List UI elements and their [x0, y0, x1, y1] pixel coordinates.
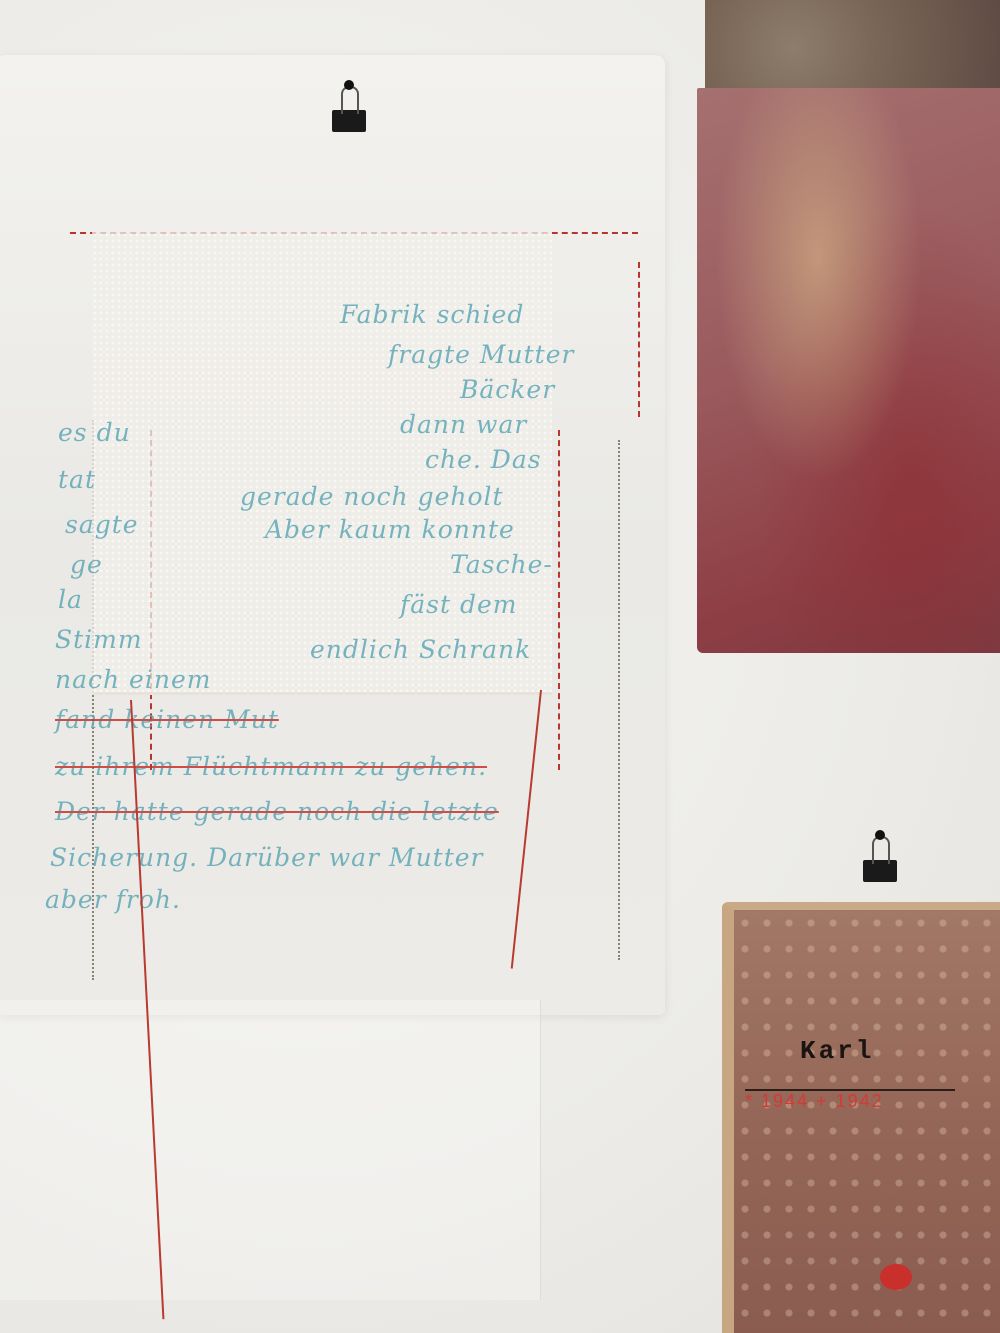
handwriting-fragment: Stimm: [55, 625, 143, 654]
artwork-karl-lace-paper: [722, 902, 1000, 1333]
handwriting-struck-line: Der hatte gerade noch die letzte: [55, 797, 499, 826]
handwriting-fragment: sagte: [65, 510, 139, 539]
binder-clip-icon: [332, 110, 366, 132]
handwriting-line: che. Das: [425, 445, 542, 474]
handwriting-line: Bäcker: [460, 375, 555, 404]
handwriting-line: dann war: [400, 410, 527, 439]
handwriting-line: Fabrik schied: [340, 300, 524, 329]
handwriting-struck-line: zu ihrem Flüchtmann zu gehen.: [55, 752, 487, 781]
handwriting-fragment: nach einem: [55, 665, 211, 694]
handwriting-fragment: tat: [58, 465, 96, 494]
red-wax-mark: [880, 1264, 912, 1290]
handwriting-fragment: ge: [70, 550, 103, 579]
paper-lower-sheet: [0, 1000, 541, 1300]
karl-name-label: Karl: [800, 1036, 874, 1066]
handwriting-struck-line: fand keinen Mut: [55, 705, 279, 734]
handwriting-fragment: es du: [58, 418, 131, 447]
handwriting-fragment: la: [58, 585, 83, 614]
artwork-top-fragment: [705, 0, 1000, 95]
binder-clip-icon: [863, 860, 897, 882]
handwriting-line: Tasche-: [450, 550, 553, 579]
red-stitch-right-lower: [552, 430, 560, 770]
red-stitch-right: [632, 262, 640, 417]
handwriting-line: fäst dem: [400, 590, 518, 619]
handwriting-line: Sicherung. Darüber war Mutter: [50, 843, 484, 872]
artwork-red-textured-paper: [697, 88, 1000, 653]
karl-dates-label: * 1944 + 1942: [745, 1089, 955, 1112]
handwriting-line: gerade noch geholt: [240, 482, 504, 511]
handwriting-line: aber froh.: [45, 885, 181, 914]
handwriting-line: fragte Mutter: [388, 340, 574, 369]
handwriting-line: endlich Schrank: [310, 635, 531, 664]
grey-stitch-right: [618, 440, 620, 960]
handwriting-line: Aber kaum konnte: [265, 515, 515, 544]
